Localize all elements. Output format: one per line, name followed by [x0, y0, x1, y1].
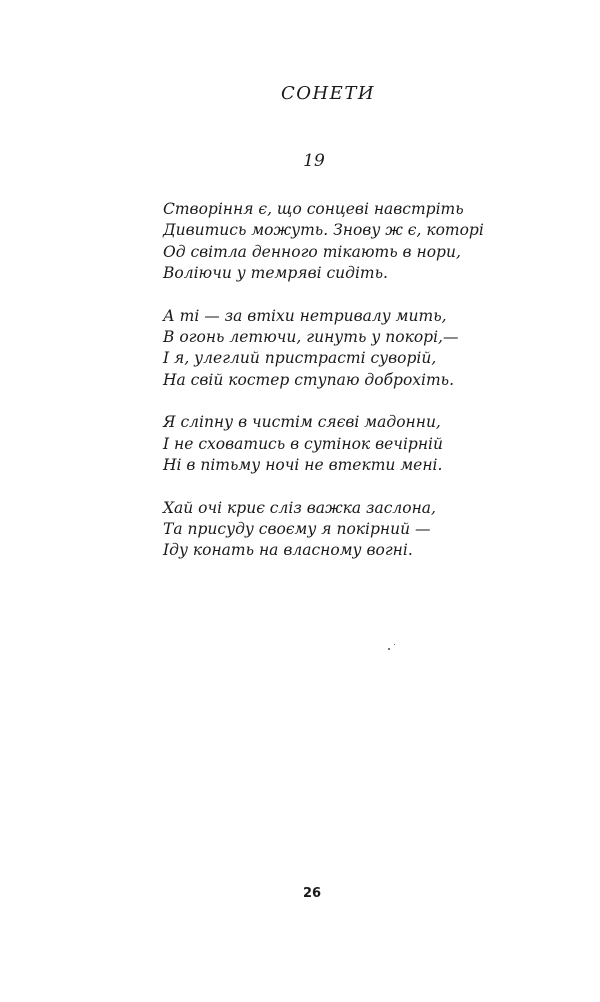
poem-line: В огонь летючи, гинуть у покорі,—	[163, 327, 484, 348]
poem-line: На свій костер ступаю доброхіть.	[163, 370, 484, 391]
scan-speck	[388, 648, 390, 650]
poem-line: Іду конать на власному вогні.	[163, 540, 484, 561]
poem-line: І не сховатись в сутінок вечірній	[163, 434, 484, 455]
stanza-2: А ті — за втіхи нетривалу мить, В огонь …	[163, 306, 484, 391]
poem-line: Я сліпну в чистім сяєві мадонни,	[163, 412, 484, 433]
poem-line: А ті — за втіхи нетривалу мить,	[163, 306, 484, 327]
stanza-3: Я сліпну в чистім сяєві мадонни, І не сх…	[163, 412, 484, 476]
section-title: СОНЕТИ	[28, 83, 600, 104]
poem-line: Хай очі криє сліз важка заслона,	[163, 498, 484, 519]
poem-line: Ні в пітьму ночі не втекти мені.	[163, 455, 484, 476]
poem-line: Волiючи у темряві сидіть.	[163, 263, 484, 284]
poem-line: І я, улеглий пристрасті суворій,	[163, 348, 484, 369]
poem: Створіння є, що сонцеві навстріть Дивити…	[163, 199, 484, 583]
stanza-4: Хай очі криє сліз важка заслона, Та прис…	[163, 498, 484, 562]
poem-line: Створіння є, що сонцеві навстріть	[163, 199, 484, 220]
scan-speck	[394, 644, 395, 645]
poem-line: Од світла денного тікають в нори,	[163, 242, 484, 263]
stanza-1: Створіння є, що сонцеві навстріть Дивити…	[163, 199, 484, 284]
sonnet-number: 19	[14, 151, 600, 171]
poem-line: Та присуду своєму я покірний —	[163, 519, 484, 540]
page-number: 26	[12, 886, 600, 901]
poem-line: Дивитись можуть. Знову ж є, которі	[163, 220, 484, 241]
